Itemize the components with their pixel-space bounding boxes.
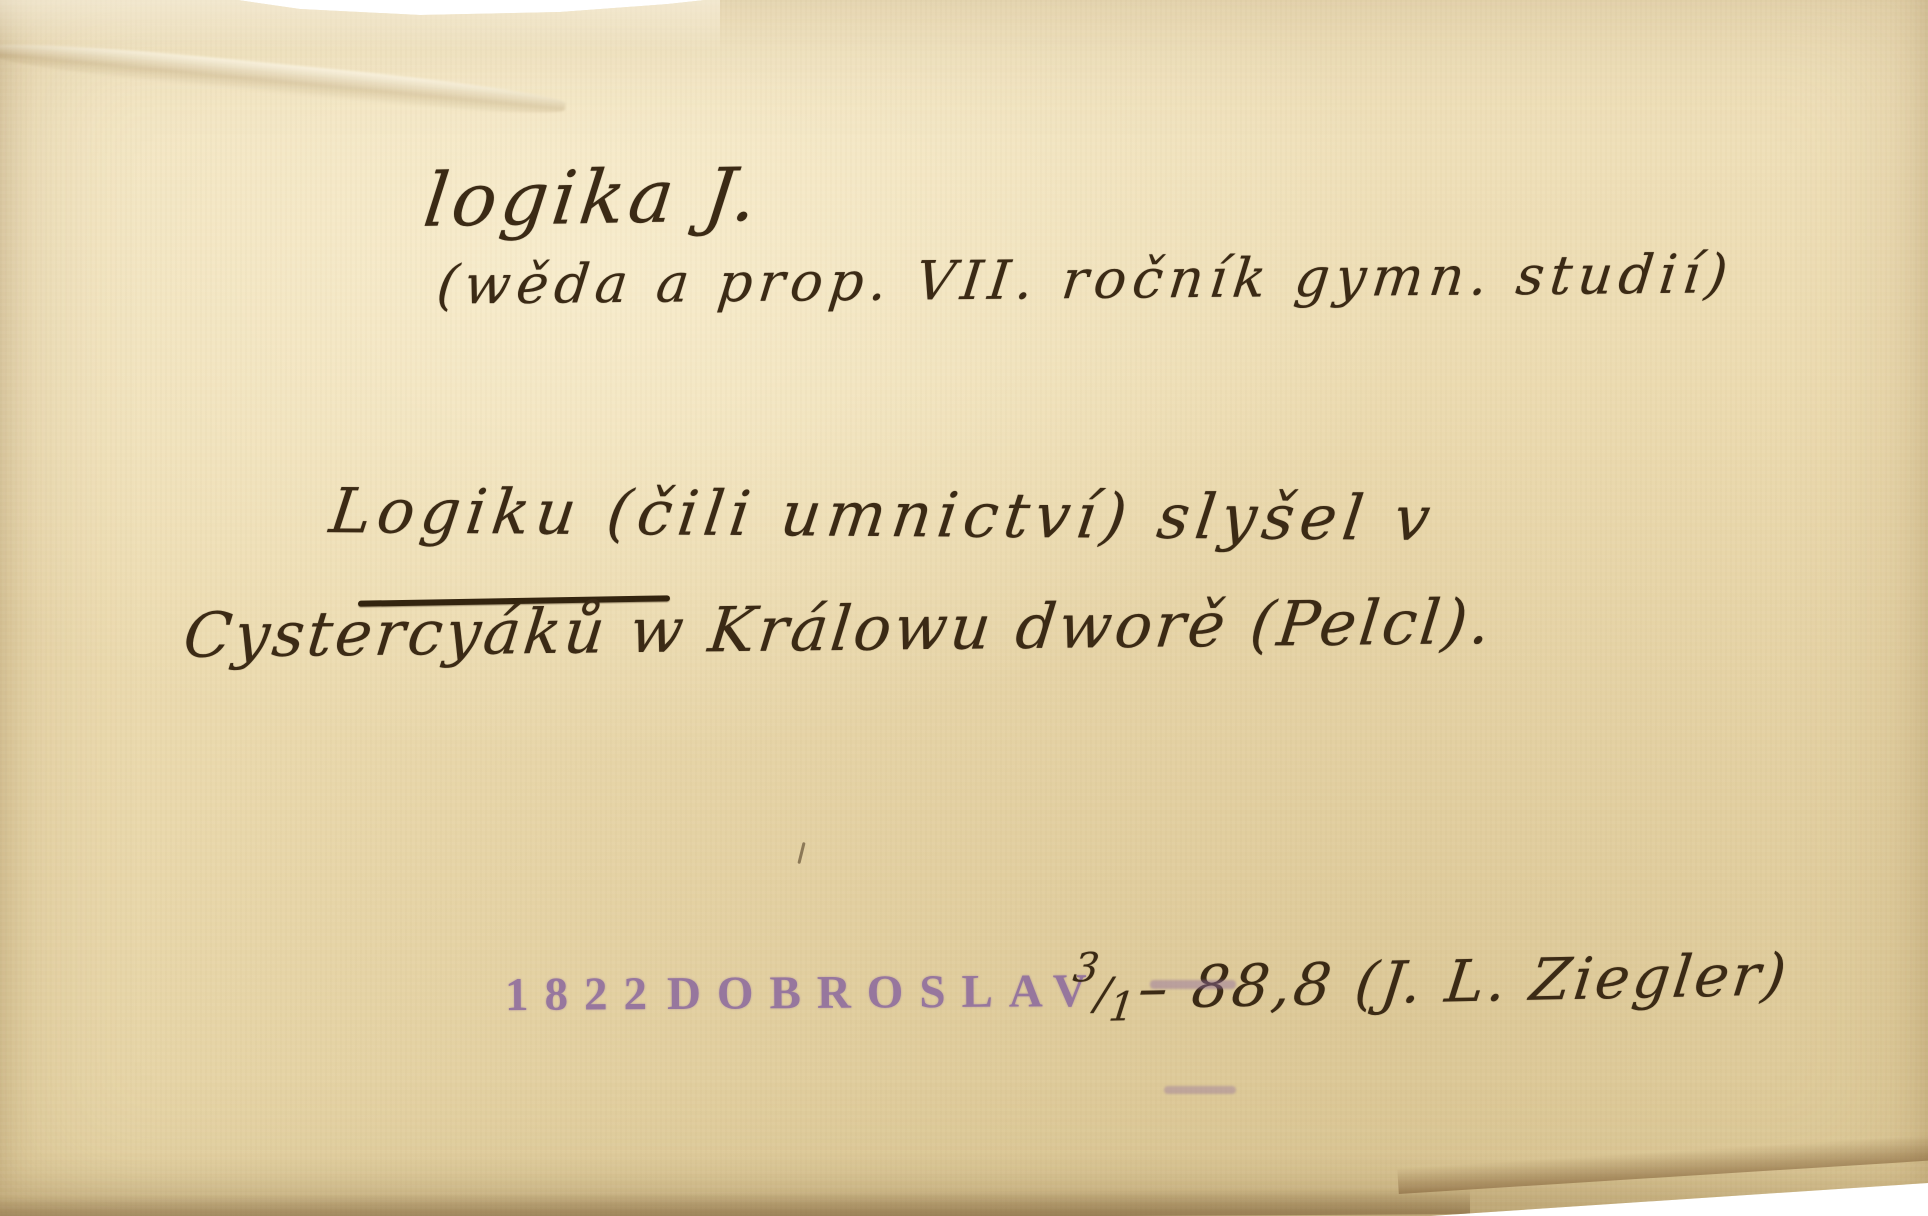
dobroslav-stamp: 1822DOBROSLAV xyxy=(505,964,1103,1022)
fraction-denominator: 1 xyxy=(1106,984,1137,1031)
stamp-ink-smear xyxy=(1150,980,1236,989)
paper-fold-highlight xyxy=(0,0,720,52)
paper-sheet: logika J. (wěda a prop. VII. ročník gymn… xyxy=(0,0,1928,1216)
body-line-1-rest: (čili umnictví) slyšel v xyxy=(577,476,1440,555)
scanned-document: logika J. (wěda a prop. VII. ročník gymn… xyxy=(0,0,1928,1216)
bottom-edge-shadow xyxy=(0,1188,1470,1216)
stamp-title: DOBROSLAV xyxy=(667,965,1103,1020)
stamp-ink-smear xyxy=(1164,1086,1236,1094)
stray-ink-mark xyxy=(797,842,805,864)
stamp-year: 1822 xyxy=(505,968,663,1021)
handwritten-body-line-1: Logiku (čili umnictví) slyšel v xyxy=(326,474,1440,555)
annotation-fraction: 3/1 xyxy=(1066,944,1142,1031)
handwritten-heading: logika J. xyxy=(419,152,766,244)
handwritten-body-line-2: Cystercyáků w Králowu dworě (Pelcl). xyxy=(180,585,1497,672)
underlined-word: Logiku xyxy=(326,474,587,549)
cut-corner-shadow xyxy=(1397,1133,1928,1194)
handwritten-subheading: (wěda a prop. VII. ročník gymn. studií) xyxy=(434,242,1737,316)
